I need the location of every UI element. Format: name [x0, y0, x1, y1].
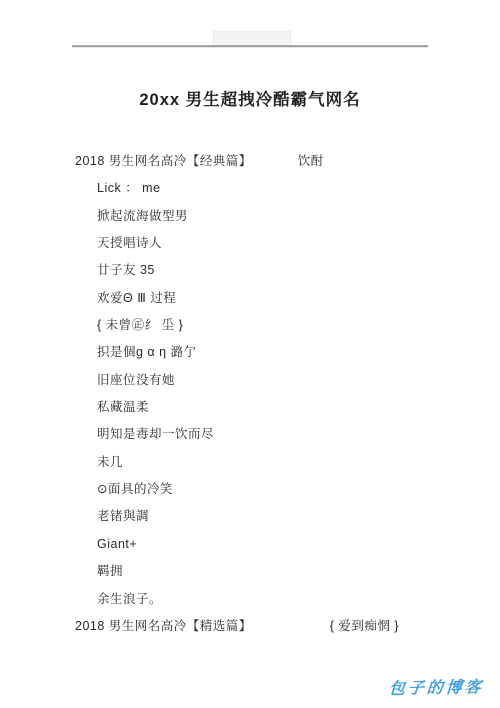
document-body: 2018 男生网名高冷【经典篇】饮酎 Lick ： me掀起流海做型男天授唱诗人…	[75, 148, 475, 640]
list-item: 明知是毒却一饮而尽	[97, 421, 475, 448]
page-title: 20xx 男生超拽冷酷霸气网名	[0, 86, 500, 110]
list-item: 抧是個g α η 潞亇	[97, 339, 475, 366]
list-item: Giant+	[97, 531, 475, 558]
section-header-classic-suffix: 饮酎	[298, 154, 324, 168]
section-header-classic-label: 2018 男生网名高冷【经典篇】	[75, 154, 252, 168]
list-item: 羁拥	[97, 558, 475, 585]
list-item: 未几	[97, 449, 475, 476]
list-item: 旧座位没有她	[97, 367, 475, 394]
list-item: 余生浪子。	[97, 586, 475, 613]
section-header-selected: 2018 男生网名高冷【精选篇】{ 爱到痴惘 }	[75, 613, 475, 640]
list-item: 欢爱Θ Ⅲ 过程	[97, 285, 475, 312]
document-page: 20xx 男生超拽冷酷霸气网名 2018 男生网名高冷【经典篇】饮酎 Lick …	[0, 0, 500, 708]
section-header-selected-label: 2018 男生网名高冷【精选篇】	[75, 619, 252, 633]
list-item: 廿子友 35	[97, 257, 475, 284]
section-header-selected-suffix: { 爱到痴惘 }	[330, 619, 399, 633]
list-item: ⊙面具的冷笑	[97, 476, 475, 503]
section-header-classic: 2018 男生网名高冷【经典篇】饮酎	[75, 148, 475, 175]
header-rule	[72, 45, 428, 47]
list-item: { 未曾㊣纟 坕 }	[97, 312, 475, 339]
watermark: 包子的博客	[388, 674, 485, 699]
list-item: Lick ： me	[97, 175, 475, 202]
list-item: 老锗與調	[97, 503, 475, 530]
list-item: 私藏温柔	[97, 394, 475, 421]
name-list: Lick ： me掀起流海做型男天授唱诗人廿子友 35欢爱Θ Ⅲ 过程{ 未曾㊣…	[97, 175, 475, 613]
list-item: 掀起流海做型男	[97, 203, 475, 230]
list-item: 天授唱诗人	[97, 230, 475, 257]
